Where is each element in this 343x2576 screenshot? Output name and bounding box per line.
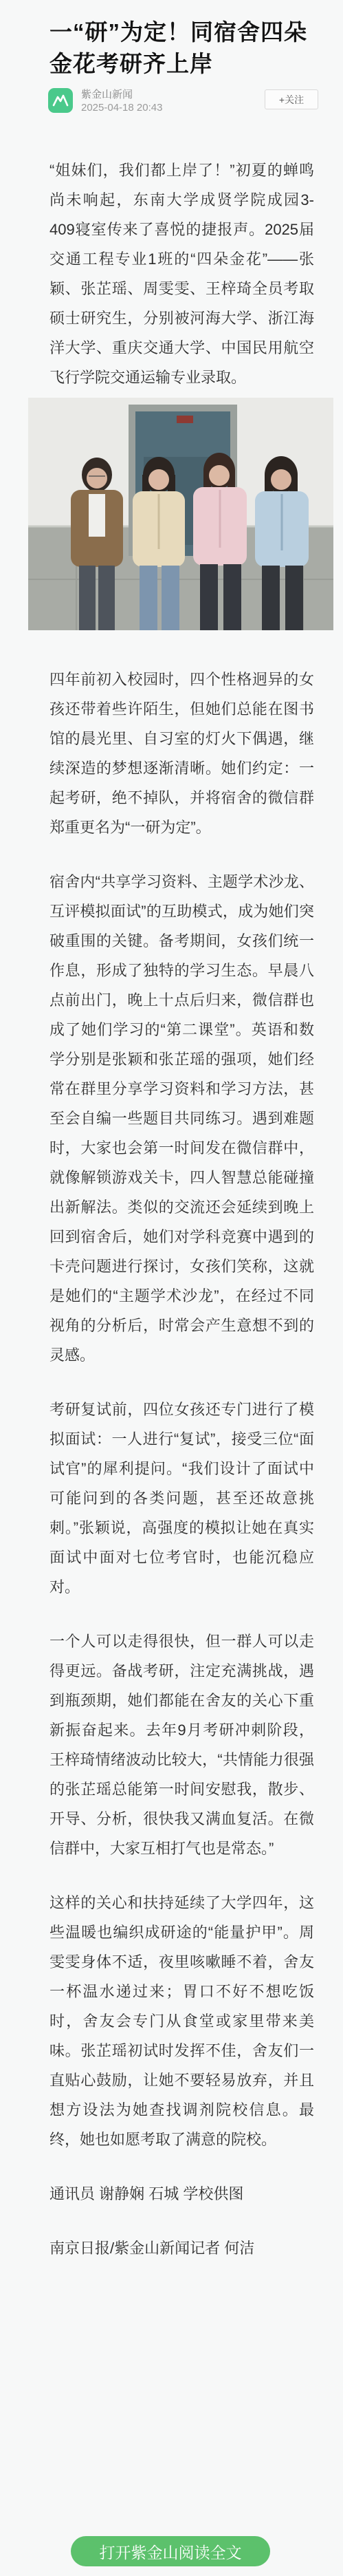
article-body: “姐妹们，我们都上岸了！”初夏的蝉鸣尚未响起，东南大学成贤学院成园3-409寝室… [0, 155, 343, 2263]
paragraph: 考研复试前，四位女孩还专门进行了模拟面试：一人进行“复试”，接受三位“面试官”的… [0, 1395, 343, 1602]
open-app-button[interactable]: 打开紫金山阅读全文 [71, 2536, 270, 2566]
source-block: 紫金山新闻 2025-04-18 20:43 [81, 88, 162, 114]
paragraph: 宿舍内“共享学习资料、主题学术沙龙、互评模拟面试”的互助模式，成为她们突破重围的… [0, 867, 343, 1370]
source-name: 紫金山新闻 [81, 88, 162, 101]
zijinshan-news-logo-icon [48, 88, 73, 113]
paragraph: 四年前初入校园时，四个性格迥异的女孩还带着些许陌生，但她们总能在图书馆的晨光里、… [0, 665, 343, 842]
follow-button[interactable]: +关注 [265, 89, 318, 109]
paragraph: 一个人可以走得很快，但一群人可以走得更远。备战考研，注定充满挑战，遇到瓶颈期，她… [0, 1627, 343, 1863]
paragraph: 这样的关心和扶持延续了大学四年，这些温暖也编织成研途的“能量护甲”。周雯雯身体不… [0, 1888, 343, 2154]
article-title: 一“研”为定！同宿舍四朵金花考研齐上岸 [0, 0, 343, 80]
paragraph: “姐妹们，我们都上岸了！”初夏的蝉鸣尚未响起，东南大学成贤学院成园3-409寝室… [0, 155, 343, 392]
byline-reporter: 南京日报/紫金山新闻记者 何洁 [0, 2233, 343, 2263]
byline-correspondent: 通讯员 谢静娴 石城 学校供图 [0, 2179, 343, 2209]
publish-datetime: 2025-04-18 20:43 [81, 101, 162, 114]
article-page: 一“研”为定！同宿舍四朵金花考研齐上岸 紫金山新闻 2025-04-18 20:… [0, 0, 343, 2263]
dorm-group-photo[interactable] [28, 398, 333, 630]
article-meta: 紫金山新闻 2025-04-18 20:43 +关注 [0, 88, 343, 116]
